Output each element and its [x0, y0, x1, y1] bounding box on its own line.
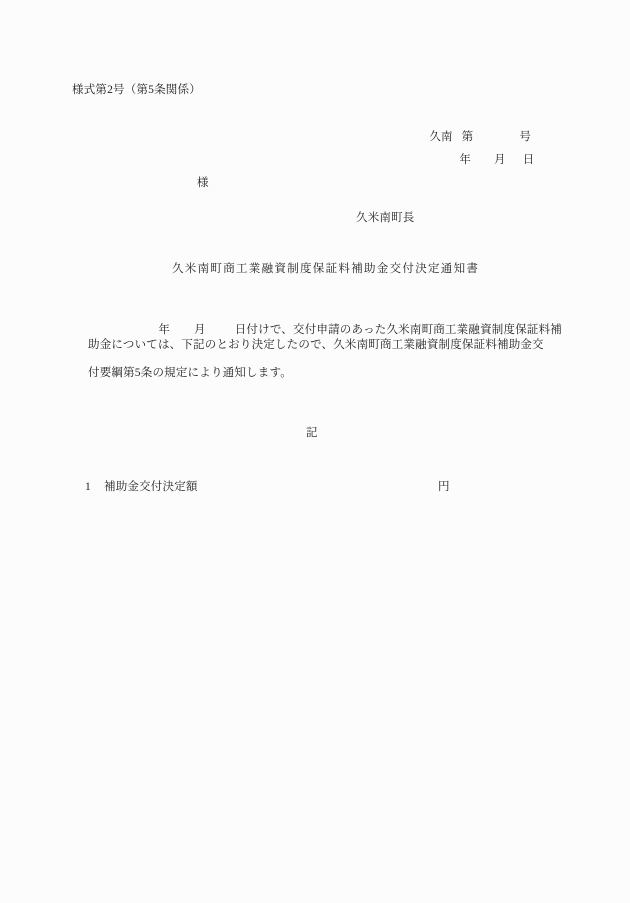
body-line-1-text: 日付けで、交付申請のあった久米南町商工業融資制度保証料補 — [235, 324, 562, 336]
form-designation-label: 様式第2号（第5条関係） — [72, 83, 201, 97]
body-line-2: 助金については、下記のとおり決定したので、久米南町商工業融資制度保証料補助金交 — [88, 338, 544, 352]
sender-title: 久米南町長 — [356, 211, 415, 225]
date-month-label: 月 — [494, 154, 506, 166]
addressee-honorific: 様 — [197, 176, 209, 190]
body-line-3: 付要綱第5条の規定により通知します。 — [88, 366, 292, 380]
record-marker: 記 — [306, 426, 318, 440]
doc-date-line: 年月日 — [447, 139, 534, 181]
document-page: 様式第2号（第5条関係） 久南第号 年月日 様 久米南町長 久米南町商工業融資制… — [0, 0, 630, 903]
item-1-label: 補助金交付決定額 — [104, 480, 198, 494]
body-month-label: 月 — [194, 324, 206, 336]
date-year-label: 年 — [459, 154, 471, 166]
document-title: 久米南町商工業融資制度保証料補助金交付決定通知書 — [172, 262, 479, 276]
item-1-unit: 円 — [438, 480, 450, 494]
body-year-label: 年 — [158, 324, 170, 336]
date-day-label: 日 — [523, 154, 535, 166]
item-1-number: 1 — [85, 480, 91, 494]
